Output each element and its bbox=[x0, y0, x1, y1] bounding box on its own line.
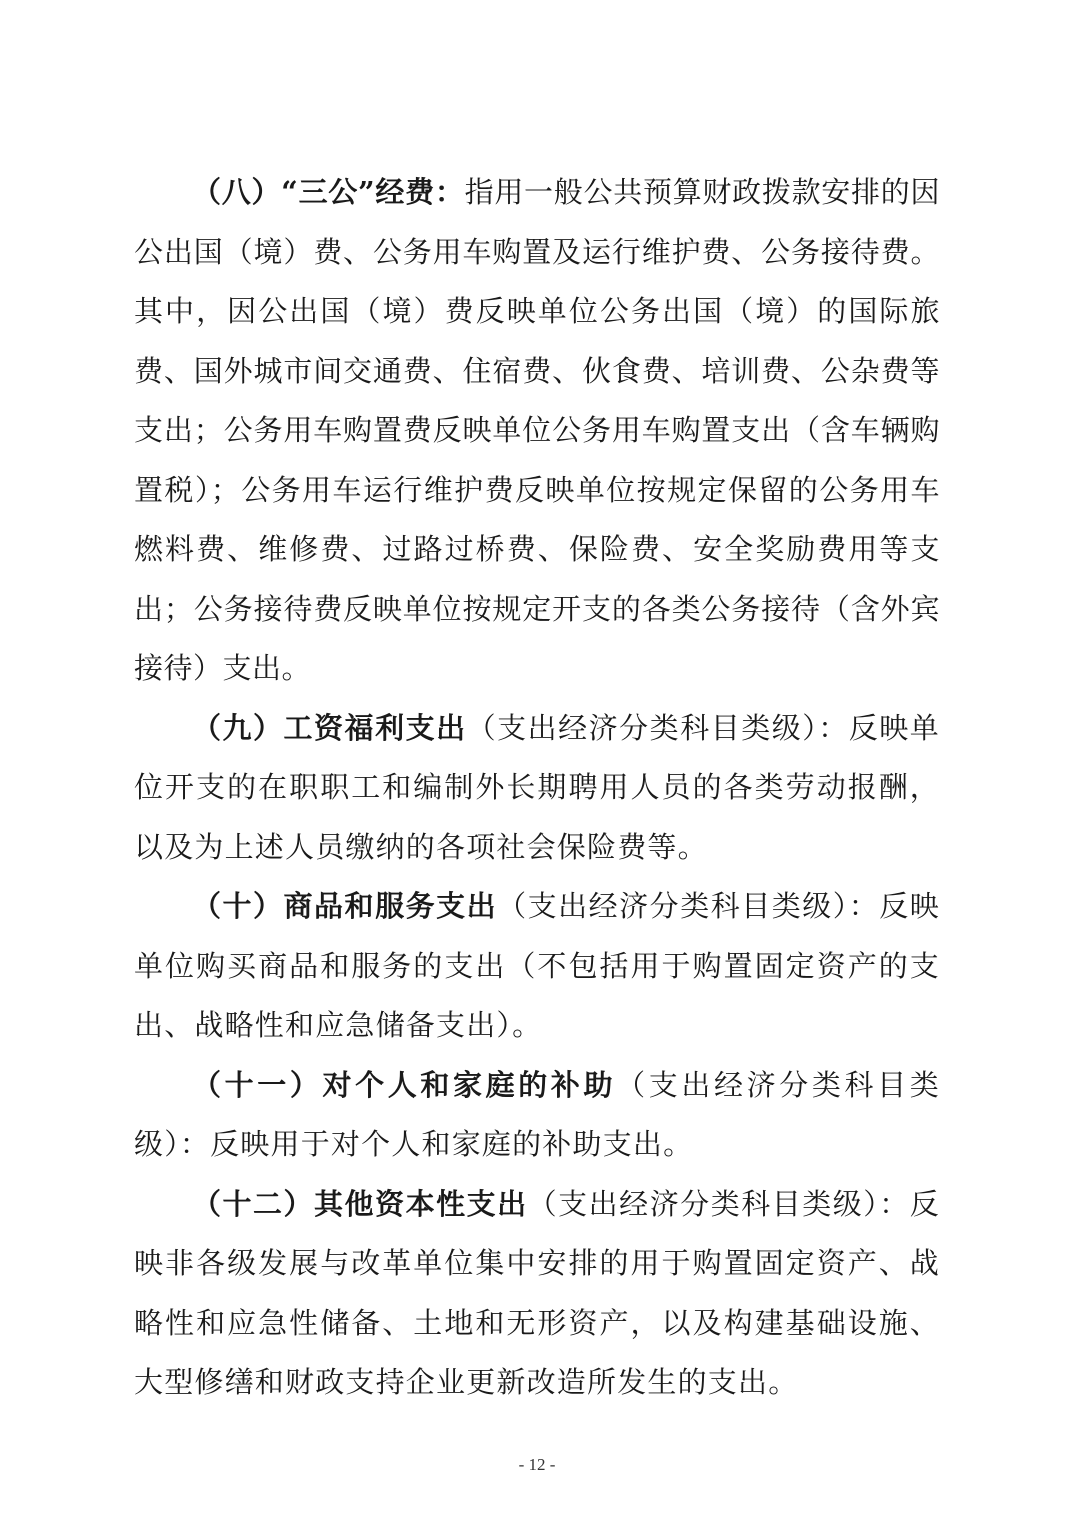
paragraph-heading: （九）工资福利支出 bbox=[192, 711, 467, 745]
paragraph-heading: （十二）其他资本性支出 bbox=[192, 1187, 528, 1221]
document-page: （八）“三公”经费：指用一般公共预算财政拨款安排的因公出国（境）费、公务用车购置… bbox=[134, 163, 940, 1413]
paragraph-heading: （十）商品和服务支出 bbox=[192, 889, 497, 923]
paragraph-wage-welfare: （九）工资福利支出（支出经济分类科目类级）：反映单位开支的在职职工和编制外长期聘… bbox=[134, 699, 940, 878]
paragraph-body: 指用一般公共预算财政拨款安排的因公出国（境）费、公务用车购置及运行维护费、公务接… bbox=[134, 175, 940, 685]
paragraph-heading: （十一）对个人和家庭的补助 bbox=[192, 1068, 616, 1102]
paragraph-heading: （八）“三公”经费： bbox=[192, 175, 465, 209]
paragraph-individual-household-subsidy: （十一）对个人和家庭的补助（支出经济分类科目类级）：反映用于对个人和家庭的补助支… bbox=[134, 1056, 940, 1175]
paragraph-sangong-expenses: （八）“三公”经费：指用一般公共预算财政拨款安排的因公出国（境）费、公务用车购置… bbox=[134, 163, 940, 699]
page-number: - 12 - bbox=[0, 1455, 1074, 1475]
paragraph-other-capital-expenditure: （十二）其他资本性支出（支出经济分类科目类级）：反映非各级发展与改革单位集中安排… bbox=[134, 1175, 940, 1413]
paragraph-goods-services: （十）商品和服务支出（支出经济分类科目类级）：反映单位购买商品和服务的支出（不包… bbox=[134, 877, 940, 1056]
